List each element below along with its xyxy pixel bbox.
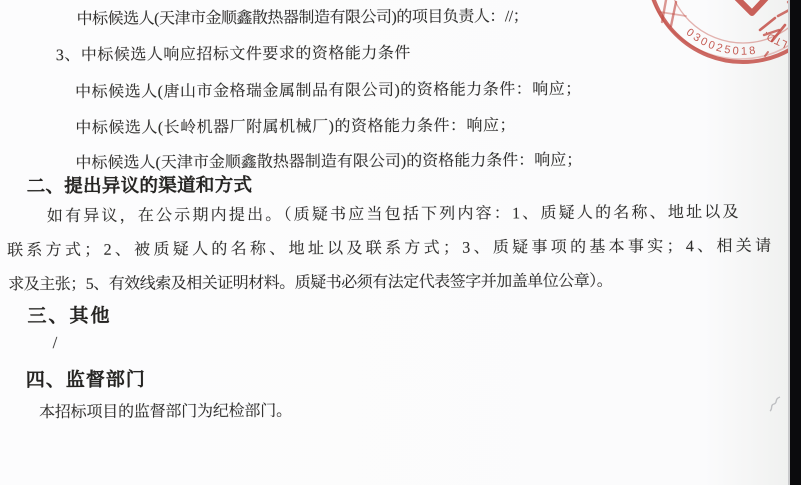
document-text-layer: 中标候选人(天津市金顺鑫散热器制造有限公司)的项目负责人：//； 3、中标候选人… [0, 0, 801, 485]
paragraph-line: 如有异议，在公示期内提出。（质疑书应当包括下列内容：1、质疑人的名称、地址以及 [47, 202, 741, 228]
paragraph-line: 联系方式；2、被质疑人的名称、地址以及联系方式；3、质疑事项的基本事实；4、相关… [7, 236, 774, 263]
scan-edge-strip [788, 0, 801, 485]
paragraph-line: 求及主张；5、有效线索及相关证明材料。质疑书必须有法定代表签字并加盖单位公章）。 [8, 271, 612, 297]
document-line: 中标候选人(长岭机器厂附属机械厂)的资格能力条件：响应； [75, 115, 516, 140]
document-line: 本招标项目的监督部门为纪检部门。 [39, 401, 292, 425]
document-line: 3、中标候选人响应招标文件要求的资格能力条件 [56, 43, 411, 67]
document-line: 中标候选人(天津市金顺鑫散热器制造有限公司)的资格能力条件：响应； [75, 150, 582, 175]
section-heading-3: 三、其他 [27, 305, 111, 330]
section-heading-2: 二、提出异议的渠道和方式 [27, 173, 253, 198]
document-line: 中标候选人(天津市金顺鑫散热器制造有限公司)的项目负责人：//； [77, 6, 529, 31]
section-heading-4: 四、监督部门 [26, 369, 146, 394]
document-line: 中标候选人(唐山市金格瑞金属制品有限公司)的资格能力条件：响应； [75, 79, 582, 104]
scanned-document-page: { "document": { "top_lines": [ "中标候选人(天津… [0, 0, 801, 485]
slash-placeholder: / [53, 332, 58, 354]
